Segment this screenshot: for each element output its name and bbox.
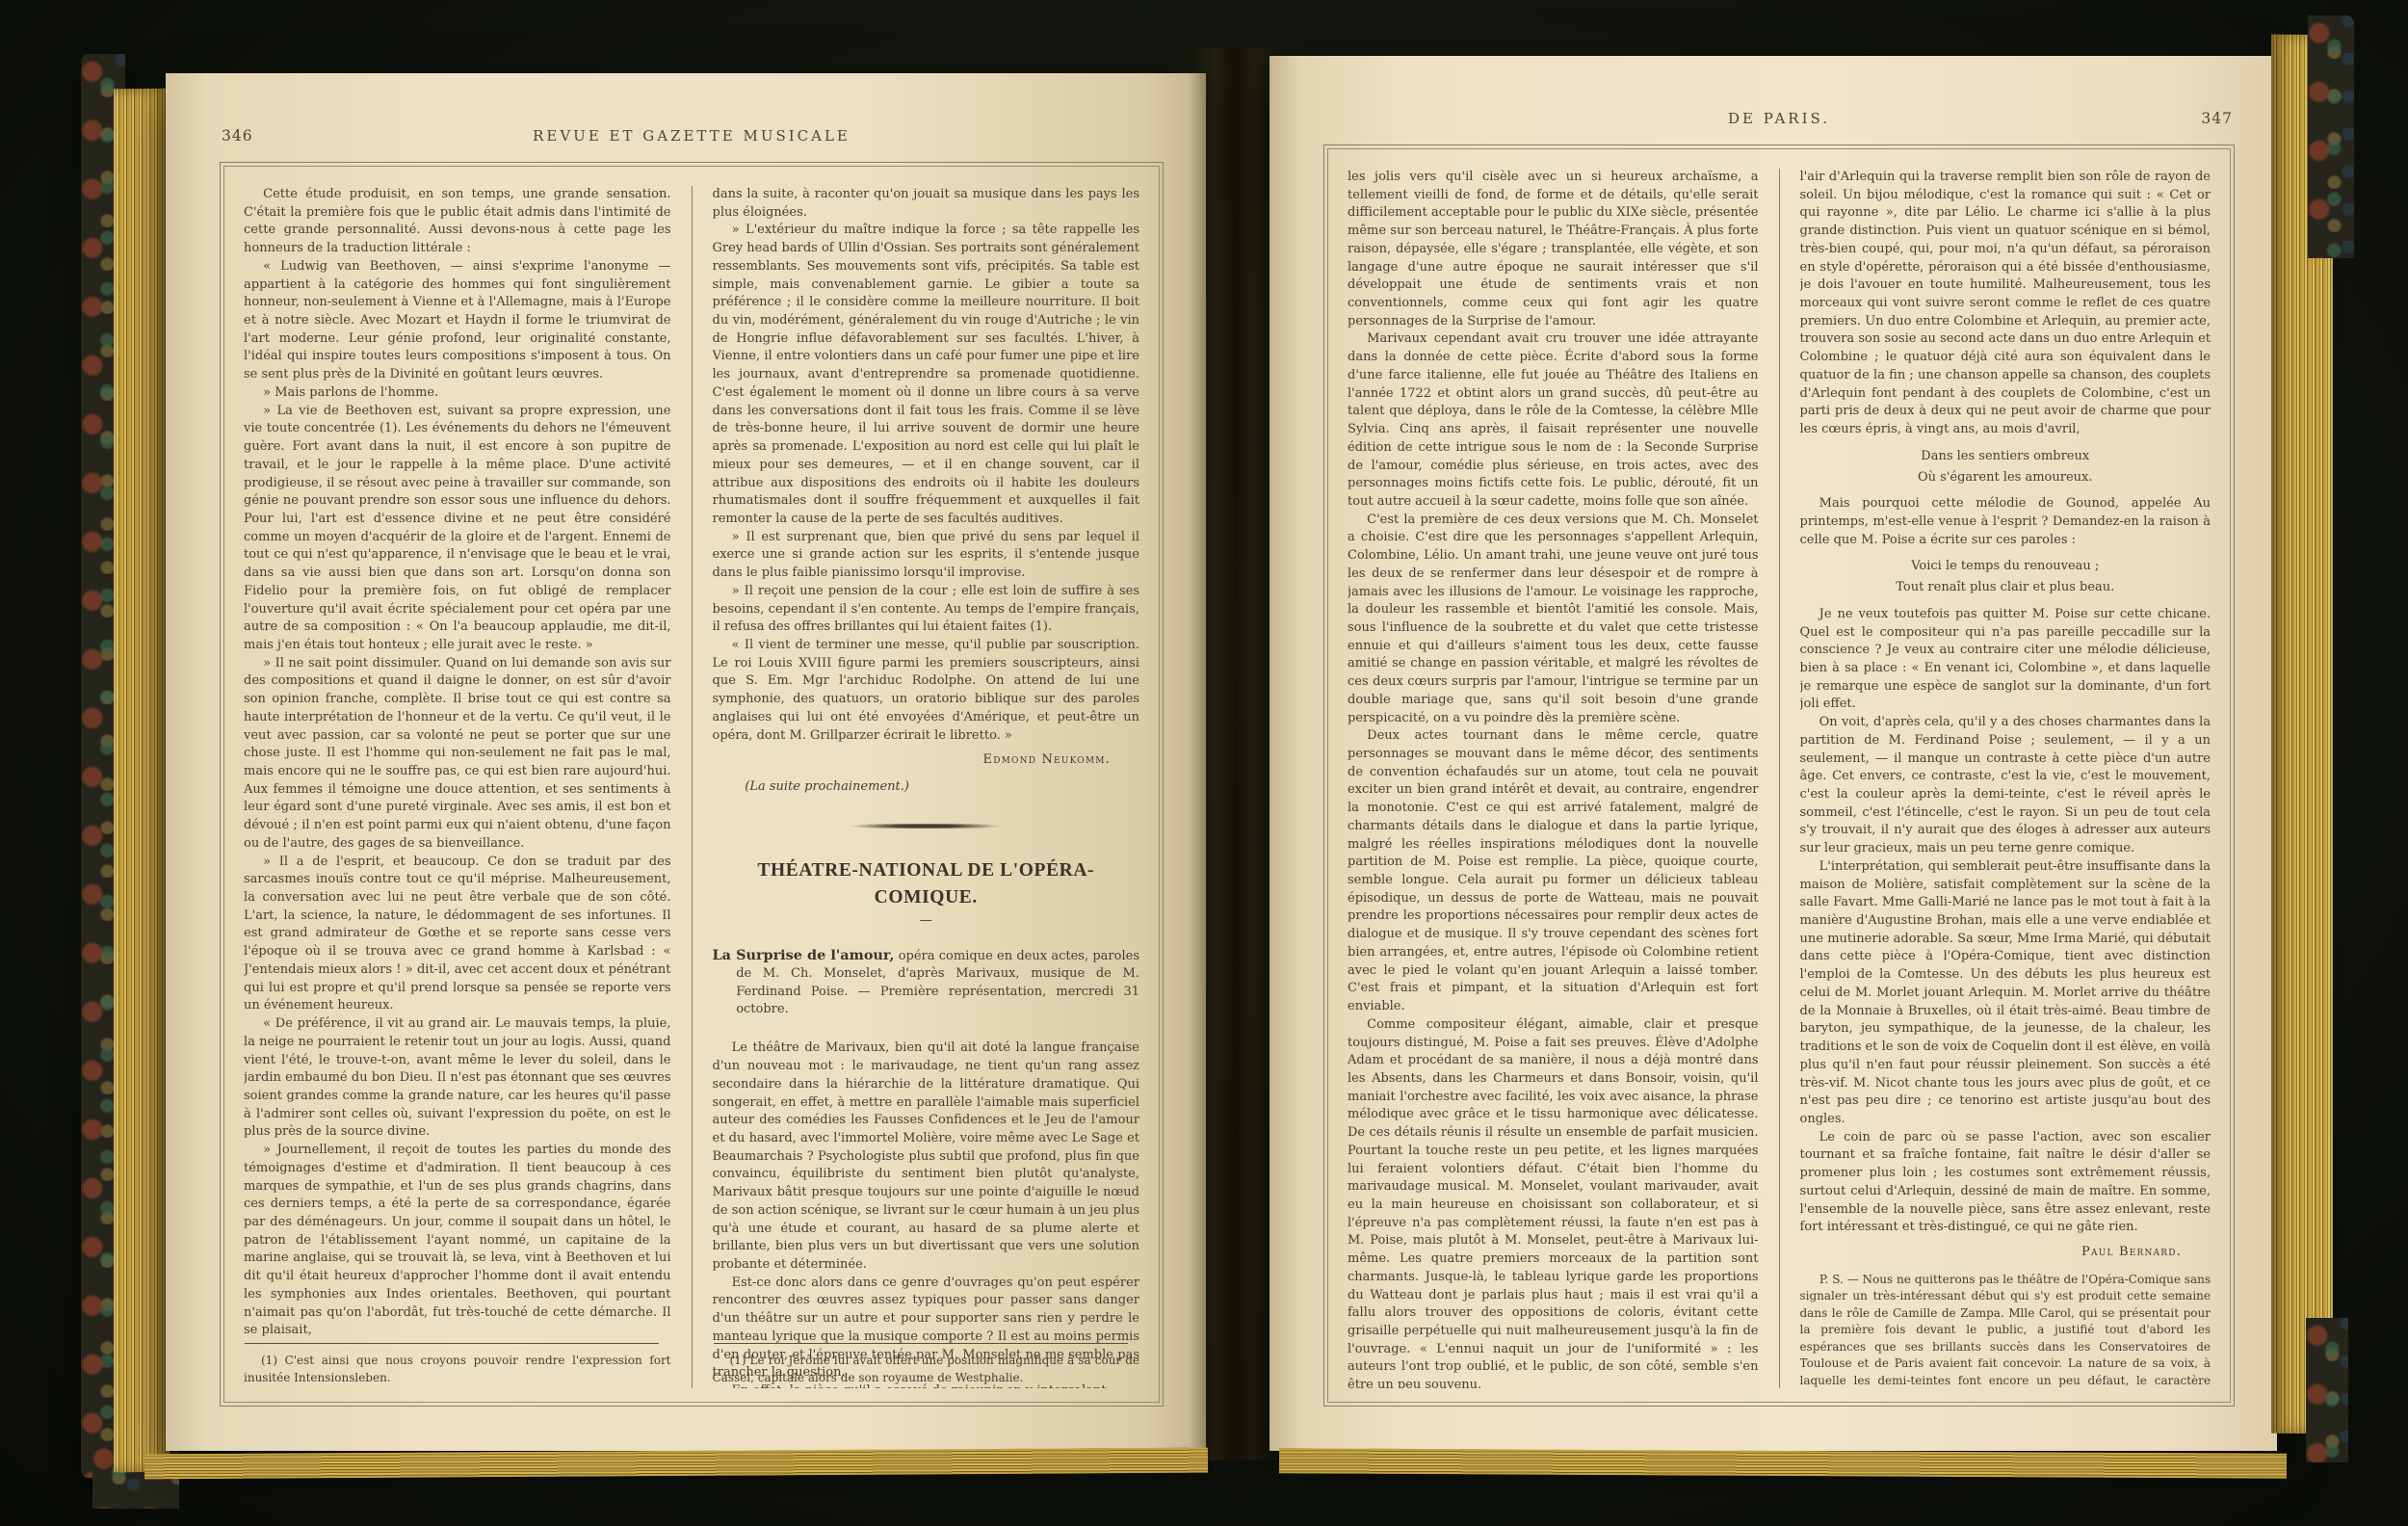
footnote: (1) C'est ainsi que nous croyons pouvoir…: [244, 1353, 671, 1386]
footnote-rule: [245, 1343, 659, 1344]
page-346: 346 REVUE ET GAZETTE MUSICALE Cette étud…: [166, 73, 1206, 1451]
footnote-block: (1) C'est ainsi que nous croyons pouvoir…: [244, 1343, 671, 1388]
column-4: l'air d'Arlequin qui la traverse remplit…: [1800, 169, 2212, 1388]
paragraph: Edmond Neukomm.: [713, 751, 1140, 770]
photograph-background: 346 REVUE ET GAZETTE MUSICALE Cette étud…: [0, 0, 2408, 1526]
page-number: 346: [222, 127, 253, 145]
paragraph: Le théâtre de Marivaux, bien qu'il ait d…: [713, 1039, 1140, 1274]
paragraph: » Journellement, il reçoit de toutes les…: [244, 1142, 671, 1340]
paragraph: » Il est surprenant que, bien que privé …: [713, 529, 1140, 583]
paragraph: « De préférence, il vit au grand air. Le…: [244, 1015, 671, 1142]
paragraph: L'interprétation, qui semblerait peut-êt…: [1800, 858, 2212, 1129]
column-2: dans la suite, à raconter qu'on jouait s…: [713, 186, 1140, 1388]
footnote-rule: [714, 1343, 1128, 1344]
footnote: (1) Le roi Jérôme lui avait offert une p…: [713, 1353, 1140, 1386]
article-title: La Surprise de l'amour,: [713, 947, 895, 963]
running-head: DE PARIS.: [1728, 110, 1830, 127]
running-head: REVUE ET GAZETTE MUSICALE: [533, 127, 851, 145]
paragraph: Comme compositeur élégant, aimable, clai…: [1348, 1016, 1759, 1388]
paragraph: l'air d'Arlequin qui la traverse remplit…: [1800, 169, 2212, 439]
page-header-right: DE PARIS. 347: [1323, 110, 2235, 141]
heading-dash: —: [713, 912, 1140, 931]
paragraph: » Il a de l'esprit, et beaucoup. Ce don …: [244, 854, 671, 1015]
paragraph: » L'extérieur du maître indique la force…: [713, 222, 1140, 528]
page-347: DE PARIS. 347 les jolis vers qu'il cisèl…: [1269, 56, 2277, 1451]
article-separator-rule: [820, 824, 1032, 829]
page-header-left: 346 REVUE ET GAZETTE MUSICALE: [220, 127, 1164, 158]
paragraph: Où s'égarent les amoureux.: [1800, 469, 2212, 487]
paragraph: Le coin de parc où se passe l'action, av…: [1800, 1129, 2212, 1237]
paragraph: Voici le temps du renouveau ;: [1800, 558, 2212, 576]
page-bottom-edge-right: [1279, 1448, 2287, 1478]
paragraph: Cette étude produisit, en son temps, une…: [244, 186, 671, 258]
text-frame-left: Cette étude produisit, en son temps, une…: [220, 162, 1164, 1407]
paragraph: dans la suite, à raconter qu'on jouait s…: [713, 186, 1140, 222]
paragraph: P. S. — Nous ne quitterons pas le théâtr…: [1800, 1272, 2212, 1388]
footnote-block: (1) Le roi Jérôme lui avait offert une p…: [713, 1343, 1140, 1388]
column-divider: [1779, 169, 1780, 1388]
book-cover-marbled-corner-bottom-right: [2306, 1318, 2348, 1462]
page-bottom-edge-left: [144, 1448, 1208, 1480]
paragraph: Mais pourquoi cette mélodie de Gounod, a…: [1800, 495, 2212, 549]
paragraph: Paul Bernard.: [1800, 1244, 2212, 1262]
paragraph: » La vie de Beethoven est, suivant sa pr…: [244, 403, 671, 655]
paragraph: » Mais parlons de l'homme.: [244, 384, 671, 403]
column-3: les jolis vers qu'il cisèle avec un si h…: [1348, 169, 1759, 1388]
paragraph: C'est la première de ces deux versions q…: [1348, 512, 1759, 728]
article-header: La Surprise de l'amour, opéra comique en…: [713, 946, 1140, 1019]
book-gutter-shadow: [1189, 48, 1281, 1460]
column-3-text: les jolis vers qu'il cisèle avec un si h…: [1348, 169, 1759, 1388]
paragraph: les jolis vers qu'il cisèle avec un si h…: [1348, 169, 1759, 330]
paragraph: » Il reçoit une pension de la cour ; ell…: [713, 583, 1140, 637]
paragraph: Deux actes tournant dans le même cercle,…: [1348, 727, 1759, 1016]
paragraph: Dans les sentiers ombreux: [1800, 448, 2212, 466]
section-heading: THÉATRE-NATIONAL DE L'OPÉRA-COMIQUE.: [713, 857, 1140, 911]
paragraph: On voit, d'après cela, qu'il y a des cho…: [1800, 714, 2212, 858]
book-cover-marbled-corner-top-right: [2308, 15, 2354, 258]
column-divider: [692, 186, 693, 1388]
page-fore-edge-left: [114, 89, 170, 1473]
paragraph: » Il ne sait point dissimuler. Quand on …: [244, 655, 671, 854]
text-frame-right: les jolis vers qu'il cisèle avec un si h…: [1323, 145, 2235, 1407]
paragraph: (La suite prochainement.): [713, 778, 1140, 797]
paragraph: Marivaux cependant avait cru trouver une…: [1348, 330, 1759, 511]
column-1: Cette étude produisit, en son temps, une…: [244, 186, 671, 1388]
column-4-text: l'air d'Arlequin qui la traverse remplit…: [1800, 169, 2212, 1388]
paragraph: « Il vient de terminer une messe, qu'il …: [713, 637, 1140, 745]
column-1-text: Cette étude produisit, en son temps, une…: [244, 186, 671, 1340]
paragraph: Je ne veux toutefois pas quitter M. Pois…: [1800, 606, 2212, 714]
page-number: 347: [2201, 110, 2233, 127]
paragraph: « Ludwig van Beethoven, — ainsi s'exprim…: [244, 258, 671, 384]
paragraph: Tout renaît plus clair et plus beau.: [1800, 579, 2212, 597]
column-2-text-body: Le théâtre de Marivaux, bien qu'il ait d…: [713, 1039, 1140, 1388]
column-2-text-top: dans la suite, à raconter qu'on jouait s…: [713, 186, 1140, 797]
